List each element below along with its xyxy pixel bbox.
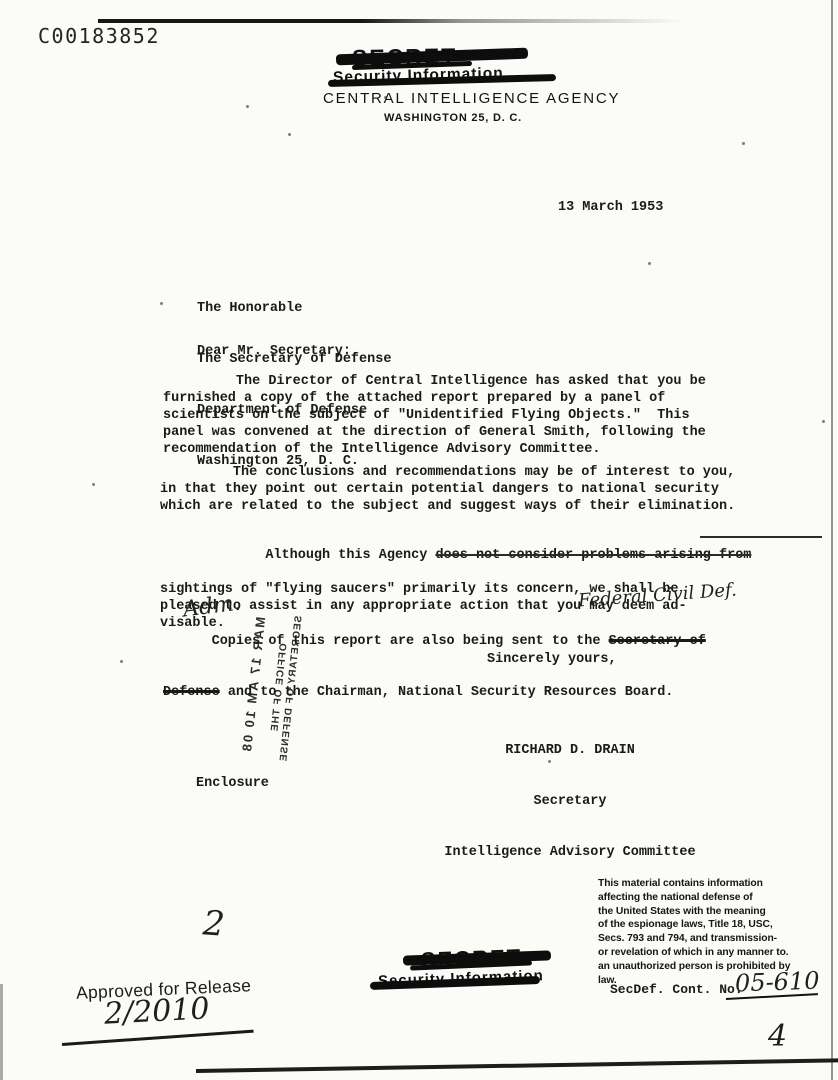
signature-block: RICHARD D. DRAIN Secretary Intelligence … [420,708,720,895]
release-date-underline [62,1030,254,1046]
paragraph-3-struck-text: does not consider problems arising from [435,548,751,563]
stray-strike-line [700,536,822,538]
scan-artifact-right-edge [831,0,833,1080]
signer-org: Intelligence Advisory Committee [420,844,720,861]
agency-city: WASHINGTON 25, D. C. [384,112,522,124]
scan-noise-dot [246,105,249,108]
scan-noise-dot [742,142,745,145]
recipient-line: The Honorable [197,300,391,317]
signer-title: Secretary [420,793,720,810]
enclosure-note: Enclosure [196,775,269,792]
closing: Sincerely yours, [487,651,617,668]
paragraph-4-struck-text: Secretary of [609,634,706,649]
paragraph-1: The Director of Central Intelligence has… [163,373,748,458]
paragraph-4-struck-text: Defense [163,685,220,700]
handwritten-page-number: 2 [202,903,226,944]
scan-artifact-bottom-line [196,1058,838,1072]
scan-artifact-left-edge [0,984,3,1080]
letter-date: 13 March 1953 [558,199,663,216]
scan-noise-dot [120,660,123,663]
paragraph-2: The conclusions and recommendations may … [160,464,750,515]
handwritten-footer-number: 4 [768,1019,787,1054]
scan-noise-dot [92,483,95,486]
scan-noise-dot [822,420,825,423]
received-date-stamp: MAR 17 AM 10 08 OFFICE OF THE SECRETARY … [216,612,328,762]
secdef-control-label: SecDef. Cont. No. [610,981,743,998]
agency-letterhead: CENTRAL INTELLIGENCE AGENCY [323,90,620,107]
doc-number: C00183852 [38,24,160,48]
scan-noise-dot [288,133,291,136]
handwritten-release-date: 2/2010 [103,991,210,1031]
scan-artifact-top-line [98,19,683,23]
signer-name: RICHARD D. DRAIN [420,742,720,759]
scan-noise-dot [160,302,163,305]
received-stamp-datetime: MAR 17 AM 10 08 [238,611,268,759]
scan-noise-dot [648,262,651,265]
paragraph-3-text: Although this Agency [192,548,435,563]
salutation: Dear Mr. Secretary:. [197,343,359,360]
document-page: C00183852 SECRET Security Information CE… [0,0,838,1080]
